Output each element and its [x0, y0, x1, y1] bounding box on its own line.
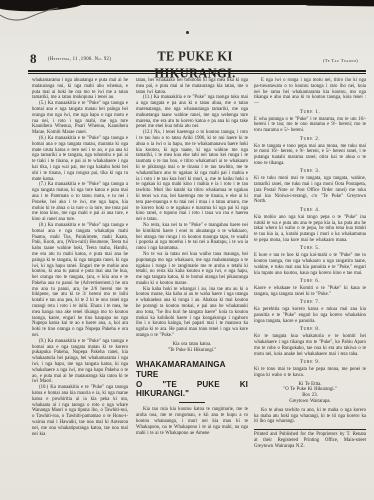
ture-heading: Ture 1.	[254, 110, 366, 116]
rules-intro: E nga iwi o runga i nga motu nei, titiro…	[254, 78, 366, 107]
ture-body: Kia mohio ano nga kai tango pepa o te "P…	[254, 215, 366, 244]
address-line: Greytown Wairarapa.	[254, 399, 366, 405]
top-ink-band	[205, 0, 315, 5]
paragraph: No reira, kua nei ta te "Puke" e mangaha…	[136, 223, 248, 252]
ture-heading: Ture 8.	[254, 327, 366, 333]
paragraph: Kia kaha hoki te whangai i au, ina tae a…	[136, 287, 248, 339]
paragraph: No te wa ia tatau nei kua waiho taua mau…	[136, 252, 248, 287]
imprint-text: Printed and Published for the Proprietor…	[254, 432, 366, 449]
ture-heading: Ture 4.	[254, 208, 366, 214]
ture-heading: Ture 9.	[254, 360, 366, 366]
header-rule-thick	[28, 70, 366, 72]
masthead-title: TE PUKE KI HIKURANGI.	[120, 48, 270, 82]
printers-mark-dot	[186, 31, 189, 34]
top-ink-band	[70, 0, 220, 5]
ture-body: E wha putanga o te "Puke" i te marama, m…	[254, 117, 366, 134]
ture-body: Ki te tuku moni mai te tangata, nga tang…	[254, 176, 366, 205]
column-1: whakamarama i nga ahuatanga e puta mai a…	[32, 78, 128, 437]
scan-scratch-line	[0, 0, 70, 34]
ture-body: Ki te tono mai te tangata he pepa mona, …	[254, 367, 366, 379]
paragraph: (7.) Ka manaakitia e te "Puke" nga taong…	[32, 182, 128, 223]
ture-body: E kore e tau te hoe ki nga kai-mahi o te…	[254, 253, 366, 276]
ture-heading: Ture 2.	[254, 137, 366, 143]
closing-signature: "Te Puke Ki Hikurangi."	[136, 348, 248, 354]
paragraph: tatau, hei whakaako hei tohutohu ki nga …	[136, 78, 248, 95]
issue-info: (Hepetema, 11 ,1906. No. 92)	[48, 57, 111, 62]
header-rule-thin	[28, 73, 366, 74]
paragraph: whakamarama i nga ahuatanga e puta mai a…	[32, 78, 128, 101]
ture-heading: Ture 3.	[254, 169, 366, 175]
paragraph: (12.) Na, i tenei haerenga o to koutou t…	[136, 130, 248, 223]
newspaper-page: 8 (Hepetema, 11 ,1906. No. 92) TE PUKE K…	[0, 0, 374, 500]
paragraph: (11.) Ka manaakitia e te "Puke" nga taon…	[136, 95, 248, 130]
paragraph: (6.) Ka manaakitia e te "Puke" nga taong…	[32, 136, 128, 182]
paragraph: (5.) Ka manaakitia e te "Puke" nga taong…	[32, 101, 128, 136]
column-3: E nga iwi o runga i nga motu nei, titiro…	[254, 78, 366, 450]
volume-label: (Te Tau Tuaono)	[323, 58, 358, 63]
page-number: 8	[30, 51, 37, 67]
heading-divider	[179, 402, 205, 403]
paragraph: (9.) Ka manaakitia e te "Puke" nga taong…	[32, 339, 128, 385]
column-2: tatau, hei whakaako hei tohutohu ki nga …	[136, 78, 248, 436]
closing-paragraph: Ko te ahua tawhito ra ano, ki te maha o …	[254, 408, 366, 425]
paragraph: Kia tau ruia kia koutou katoa te rangima…	[136, 407, 248, 436]
ture-heading: Ture 6.	[254, 279, 366, 285]
paragraph: (8.) Ka manaakitia e te "Puke" nga taong…	[32, 223, 128, 339]
ture-heading: Ture 7.	[254, 300, 366, 306]
imprint-block: Printed and Published for the Proprietor…	[254, 429, 366, 450]
ture-body: Ko te tangata kua whakaturia e te komiti…	[254, 334, 366, 357]
ture-body: Ka perehitia nga korero katoa e tukua ma…	[254, 307, 366, 324]
section-heading-line-2: O "TE PUKE KI HIKURANGI."	[136, 380, 248, 399]
ture-body: Ko te tangata e tono pepa mai ana mona, …	[254, 144, 366, 167]
paragraph: (10.) Ka manaakitia e te "Puke" nga taon…	[32, 385, 128, 437]
section-heading-line-1: WHAKAMARAMAINGA TURE	[136, 360, 248, 379]
top-ink-band	[300, 0, 374, 6]
ture-body: Kaore e whakaae te Komiti o te "Puke" ki…	[254, 286, 366, 298]
ture-heading: Ture 5.	[254, 246, 366, 252]
